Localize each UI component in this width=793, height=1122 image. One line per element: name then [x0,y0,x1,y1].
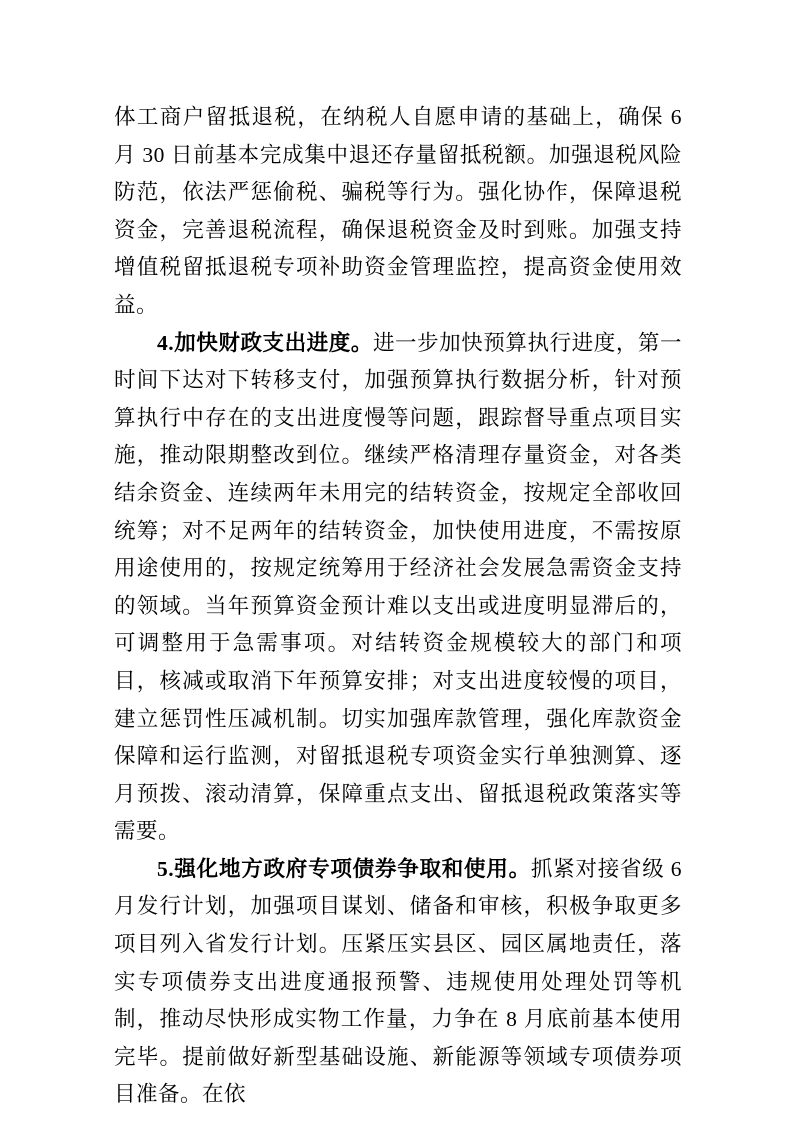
paragraph-5-special-bonds: 5.强化地方政府专项债券争取和使用。抓紧对接省级 6 月发行计划，加强项目谋划、… [114,851,682,1114]
paragraph-tax-refund-text: 体工商户留抵退税，在纳税人自愿申请的基础上，确保 6 月 30 日前基本完成集中… [114,105,682,317]
paragraph-5-text: 抓紧对接省级 6 月发行计划，加强项目谋划、储备和审核，积极争取更多项目列入省发… [114,857,682,1107]
paragraph-5-heading: 5.强化地方政府专项债券争取和使用。 [157,857,531,881]
paragraph-4-fiscal-spending: 4.加快财政支出进度。进一步加快预算执行进度，第一时间下达对下转移支付，加强预算… [114,325,682,851]
paragraph-4-heading: 4.加快财政支出进度。 [157,331,373,355]
document-page: 体工商户留抵退税，在纳税人自愿申请的基础上，确保 6 月 30 日前基本完成集中… [0,0,793,1122]
paragraph-tax-refund-continuation: 体工商户留抵退税，在纳税人自愿申请的基础上，确保 6 月 30 日前基本完成集中… [114,99,682,325]
paragraph-4-text: 进一步加快预算执行进度，第一时间下达对下转移支付，加强预算执行数据分析，针对预算… [114,331,682,844]
document-body: 体工商户留抵退税，在纳税人自愿申请的基础上，确保 6 月 30 日前基本完成集中… [114,99,682,1114]
